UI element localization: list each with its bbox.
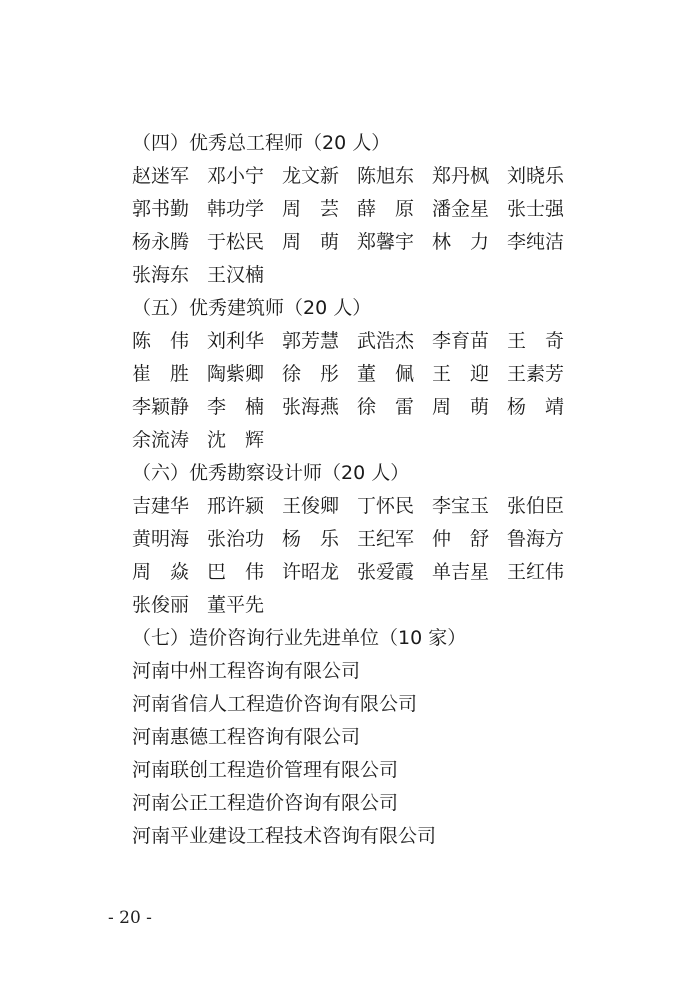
person-name: 杨 乐 [282,523,342,556]
person-name: 周 芸 [282,193,342,226]
person-name: 张海东 [132,259,192,292]
name-row: 张俊丽董平先 [132,589,572,622]
person-name: 王 迎 [432,358,492,391]
company-name: 河南联创工程造价管理有限公司 [132,754,398,787]
person-name: 仲 舒 [432,523,492,556]
person-name: 郑丹枫 [432,160,492,193]
company-name: 河南中州工程咨询有限公司 [132,655,360,688]
person-name: 郑馨宇 [357,226,417,259]
person-name: 韩功学 [207,193,267,226]
person-name: 张爱霞 [357,556,417,589]
person-name: 周 萌 [432,391,492,424]
person-name: 王俊卿 [282,490,342,523]
name-row: 杨永腾于松民周 萌郑馨宇林 力李纯洁 [132,226,572,259]
person-name: 王 奇 [507,325,567,358]
name-row: 周 焱巴 伟许昭龙张爱霞单吉星王红伟 [132,556,572,589]
section-heading: （五）优秀建筑师（20 人） [132,292,371,325]
person-name: 王红伟 [507,556,567,589]
person-name: 董平先 [207,589,267,622]
section-heading: （四）优秀总工程师（20 人） [132,127,390,160]
person-name: 龙文新 [282,160,342,193]
person-name: 周 萌 [282,226,342,259]
person-name: 巴 伟 [207,556,267,589]
company-name: 河南公正工程造价咨询有限公司 [132,787,398,820]
person-name: 李纯洁 [507,226,567,259]
person-name: 张海燕 [282,391,342,424]
person-name: 李宝玉 [432,490,492,523]
person-name: 崔 胜 [132,358,192,391]
person-name: 潘金星 [432,193,492,226]
person-name: 陈 伟 [132,325,192,358]
person-name: 李育苗 [432,325,492,358]
person-name: 沈 辉 [207,424,267,457]
person-name: 李颖静 [132,391,192,424]
name-row: 余流涛沈 辉 [132,424,572,457]
person-name: 于松民 [207,226,267,259]
person-name: 张伯臣 [507,490,567,523]
person-name: 王汉楠 [207,259,267,292]
section-heading: （六）优秀勘察设计师（20 人） [132,457,409,490]
person-name: 许昭龙 [282,556,342,589]
name-row: 李颖静李 楠张海燕徐 雷周 萌杨 靖 [132,391,572,424]
name-row: 陈 伟刘利华郭芳慧武浩杰李育苗王 奇 [132,325,572,358]
company-name: 河南平业建设工程技术咨询有限公司 [132,820,436,853]
name-row: 赵迷军邓小宁龙文新陈旭东郑丹枫刘晓乐 [132,160,572,193]
name-row: 郭书勤韩功学周 芸薛 原潘金星张士强 [132,193,572,226]
person-name: 陈旭东 [357,160,417,193]
person-name: 丁怀民 [357,490,417,523]
document-page: （四）优秀总工程师（20 人）赵迷军邓小宁龙文新陈旭东郑丹枫刘晓乐郭书勤韩功学周… [0,0,700,989]
person-name: 王素芳 [507,358,567,391]
person-name: 周 焱 [132,556,192,589]
person-name: 徐 彤 [282,358,342,391]
person-name: 郭书勤 [132,193,192,226]
person-name: 张治功 [207,523,267,556]
person-name: 刘利华 [207,325,267,358]
person-name: 林 力 [432,226,492,259]
person-name: 郭芳慧 [282,325,342,358]
person-name: 李 楠 [207,391,267,424]
person-name: 董 佩 [357,358,417,391]
person-name: 杨 靖 [507,391,567,424]
person-name: 王纪军 [357,523,417,556]
person-name: 张士强 [507,193,567,226]
person-name: 陶紫卿 [207,358,267,391]
person-name: 徐 雷 [357,391,417,424]
person-name: 单吉星 [432,556,492,589]
name-row: 黄明海张治功杨 乐王纪军仲 舒鲁海方 [132,523,572,556]
name-row: 崔 胜陶紫卿徐 彤董 佩王 迎王素芳 [132,358,572,391]
company-name: 河南惠德工程咨询有限公司 [132,721,360,754]
name-row: 吉建华邢许颍王俊卿丁怀民李宝玉张伯臣 [132,490,572,523]
person-name: 黄明海 [132,523,192,556]
company-name: 河南省信人工程造价咨询有限公司 [132,688,417,721]
person-name: 张俊丽 [132,589,192,622]
section-heading: （七）造价咨询行业先进单位（10 家） [132,622,466,655]
person-name: 鲁海方 [507,523,567,556]
person-name: 邢许颍 [207,490,267,523]
page-number: - 20 - [108,908,152,928]
person-name: 薛 原 [357,193,417,226]
person-name: 杨永腾 [132,226,192,259]
person-name: 吉建华 [132,490,192,523]
person-name: 刘晓乐 [507,160,567,193]
person-name: 余流涛 [132,424,192,457]
name-row: 张海东王汉楠 [132,259,572,292]
person-name: 赵迷军 [132,160,192,193]
person-name: 邓小宁 [207,160,267,193]
person-name: 武浩杰 [357,325,417,358]
